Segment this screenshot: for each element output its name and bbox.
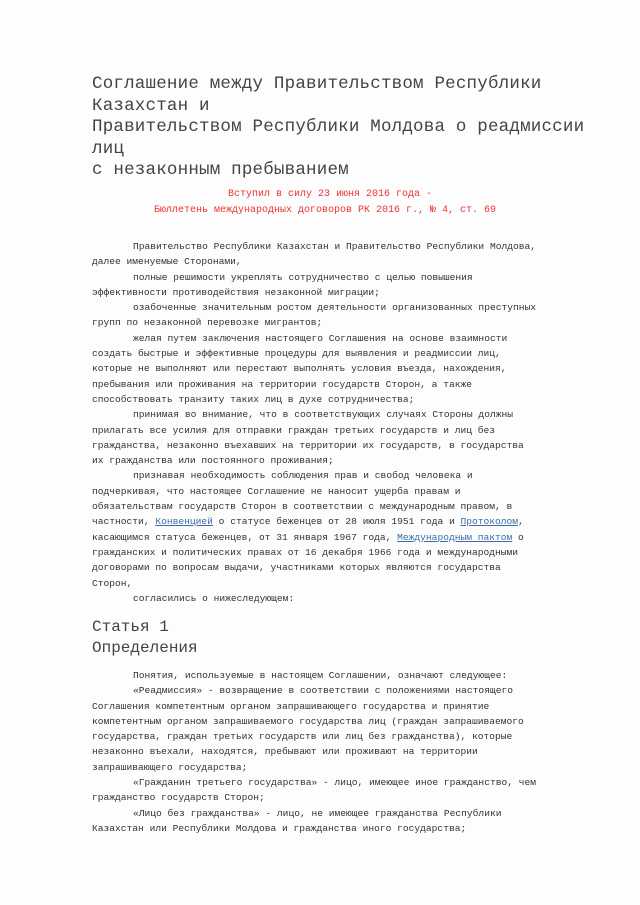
text-line: создать быстрые и эффективные процедуры … — [92, 346, 622, 361]
document-title: Соглашение между Правительством Республи… — [92, 74, 612, 182]
text-line: способствовать транзиту таких лиц в духе… — [92, 392, 622, 407]
text-line: «Гражданин третьего государства» - лицо,… — [92, 775, 622, 790]
text-line: запрашивающего государства; — [92, 760, 622, 775]
status-note: Вступил в силу 23 июня 2016 года - Бюлле… — [0, 187, 640, 219]
paragraph: согласились о нижеследующем: — [92, 591, 622, 606]
text-fragment: , — [518, 516, 524, 527]
link-international-covenant[interactable]: Международным пактом — [397, 532, 512, 543]
link-convention[interactable]: Конвенцией — [155, 516, 213, 527]
article-number: Статья 1 — [92, 617, 198, 638]
text-line: согласились о нижеследующем: — [92, 591, 622, 606]
text-line: далее именуемые Сторонами, — [92, 254, 622, 269]
paragraph: принимая во внимание, что в соответствую… — [92, 407, 622, 468]
paragraph: признавая необходимость соблюдения прав … — [92, 468, 622, 590]
text-line: которые не выполняют или перестают выпол… — [92, 361, 622, 376]
paragraph: «Гражданин третьего государства» - лицо,… — [92, 775, 622, 806]
paragraph: желая путем заключения настоящего Соглаш… — [92, 331, 622, 407]
text-line: прилагать все усилия для отправки гражда… — [92, 423, 622, 438]
title-line: с незаконным пребыванием — [92, 160, 612, 182]
text-line: незаконно въехали, находятся, пребывают … — [92, 744, 622, 759]
text-line: их гражданства или постоянного проживани… — [92, 453, 622, 468]
text-line: Казахстан или Республики Молдова и гражд… — [92, 821, 622, 836]
text-fragment: касающимся статуса беженцев, от 31 январ… — [92, 532, 397, 543]
text-line: полные решимости укреплять сотрудничеств… — [92, 270, 622, 285]
article-name: Определения — [92, 638, 198, 659]
text-line: обязательствам государств Сторон в соотв… — [92, 499, 622, 514]
text-line: Сторон, — [92, 576, 622, 591]
text-line: «Лицо без гражданства» - лицо, не имеюще… — [92, 806, 622, 821]
text-line: Понятия, используемые в настоящем Соглаш… — [92, 668, 622, 683]
paragraph: «Реадмиссия» - возвращение в соответстви… — [92, 683, 622, 775]
text-line: «Реадмиссия» - возвращение в соответстви… — [92, 683, 622, 698]
paragraph: Правительство Республики Казахстан и Пра… — [92, 239, 622, 270]
text-line: компетентным органом запрашиваемого госу… — [92, 714, 622, 729]
definitions: Понятия, используемые в настоящем Соглаш… — [92, 668, 622, 836]
text-line: государства, граждан третьих государств … — [92, 729, 622, 744]
paragraph: «Лицо без гражданства» - лицо, не имеюще… — [92, 806, 622, 837]
text-line: касающимся статуса беженцев, от 31 январ… — [92, 530, 622, 545]
preamble: Правительство Республики Казахстан и Пра… — [92, 239, 622, 606]
text-line: эффективности противодействия незаконной… — [92, 285, 622, 300]
link-protocol[interactable]: Протоколом — [460, 516, 518, 527]
article-heading: Статья 1 Определения — [92, 617, 198, 659]
title-line: лиц — [92, 139, 612, 161]
text-fragment: о — [512, 532, 524, 543]
paragraph: полные решимости укреплять сотрудничеств… — [92, 270, 622, 301]
title-line: Соглашение между Правительством Республи… — [92, 74, 612, 96]
text-fragment: частности, — [92, 516, 155, 527]
text-line: желая путем заключения настоящего Соглаш… — [92, 331, 622, 346]
text-line: признавая необходимость соблюдения прав … — [92, 468, 622, 483]
text-line: принимая во внимание, что в соответствую… — [92, 407, 622, 422]
text-line: гражданских и политических правах от 16 … — [92, 545, 622, 560]
status-line-effective: Вступил в силу 23 июня 2016 года - — [0, 187, 640, 203]
text-line: договорами по вопросам выдачи, участника… — [92, 560, 622, 575]
text-line: подчеркивая, что настоящее Соглашение не… — [92, 484, 622, 499]
text-line: озабоченные значительным ростом деятельн… — [92, 300, 622, 315]
title-line: Правительством Республики Молдова о реад… — [92, 117, 612, 139]
title-line: Казахстан и — [92, 96, 612, 118]
text-line: групп по незаконной перевозке мигрантов; — [92, 315, 622, 330]
text-line: пребывания или проживания на территории … — [92, 377, 622, 392]
status-line-bulletin: Бюллетень международных договоров РК 201… — [0, 203, 640, 219]
text-line: гражданства, незаконно въехавших на терр… — [92, 438, 622, 453]
text-fragment: о статусе беженцев от 28 июля 1951 года … — [213, 516, 461, 527]
text-line: частности, Конвенцией о статусе беженцев… — [92, 514, 622, 529]
text-line: Соглашения компетентным органом запрашив… — [92, 699, 622, 714]
paragraph: озабоченные значительным ростом деятельн… — [92, 300, 622, 331]
text-line: Правительство Республики Казахстан и Пра… — [92, 239, 622, 254]
text-line: гражданство государств Сторон; — [92, 790, 622, 805]
